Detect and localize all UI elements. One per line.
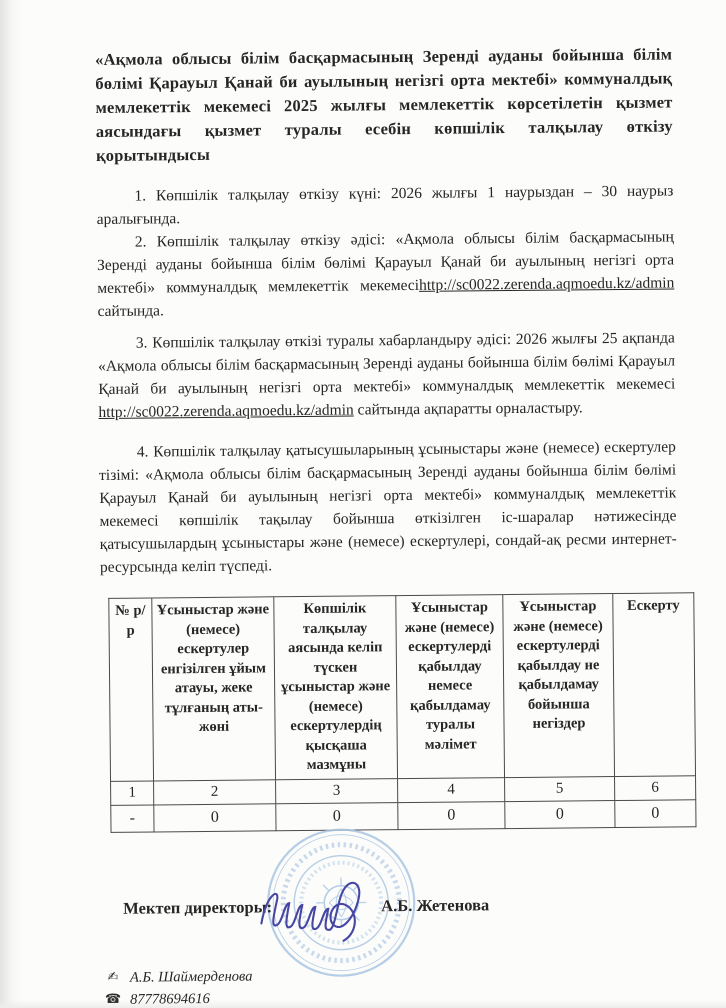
header-cell: Ұсыныстар және (немесе) ескертулерді қаб… [396,595,505,779]
paragraph-2-suffix: сайтында. [97,302,164,320]
paragraph-3-text: 3. Көпшілік талқылау өткізі туралы хабар… [98,329,675,398]
header-cell: № р/р [109,598,154,781]
numbering-cell: 1 [111,780,154,804]
handwritten-signature [253,860,379,953]
numbering-cell: 2 [154,779,276,804]
numbering-cell: 5 [505,776,615,801]
header-cell: Ескерту [613,593,696,776]
paragraph-4: 4. Көпшілік талқылау қатысушыларының ұсы… [99,435,677,579]
document-title: «Ақмола облысы білім басқармасының Зерен… [95,42,673,168]
phone-icon: ☎ [104,988,122,1008]
phone-number: 87778694616 [130,987,210,1008]
suggestions-table: № р/р Ұсыныстар және (немесе) ескертулер… [108,592,696,832]
paragraph-2-url: http://sc0022.zerenda.aqmoedu.kz/admin [419,274,674,293]
document-content: «Ақмола облысы білім басқармасының Зерен… [95,42,681,1008]
paragraph-3-url: http://sc0022.zerenda.aqmoedu.kz/admin [98,402,353,421]
paragraph-3-suffix: сайтында ақпаратты орналастыру. [354,399,583,418]
data-cell: - [111,804,154,831]
phone-row: ☎ 87778694616 [104,983,681,1008]
table-header-row: № р/р Ұсыныстар және (немесе) ескертулер… [109,593,696,781]
paragraph-2: 2. Көпшілік талқылау өткізу әдісі: «Ақмо… [97,225,675,323]
executor-name: А.Б. Шаймерденова [130,965,253,988]
data-cell: 0 [615,799,696,827]
numbering-cell: 6 [615,775,696,800]
pen-icon: ✍ [104,966,122,988]
numbering-cell: 3 [276,778,398,803]
paragraph-3: 3. Көпшілік талқылау өткізі туралы хабар… [98,326,676,424]
scanned-document-page: «Ақмола облысы білім басқармасының Зерен… [0,0,726,1008]
signature-label: Мектеп директоры: [123,897,272,918]
header-cell: Ұсыныстар және (немесе) ескертулерді қаб… [503,594,615,778]
header-cell: Ұсыныстар және (немесе) ескертулер енгіз… [152,597,276,781]
director-name: А.Б. Жетенова [381,895,489,916]
header-cell: Көпшілік талқылау аясында келіп түскен ұ… [274,596,398,780]
paragraph-1: 1. Көпшілік талқылау өткізу күні: 2026 ж… [96,179,673,231]
scan-shadow-left [0,0,22,1008]
numbering-cell: 4 [398,777,505,802]
data-cell: 0 [154,803,276,831]
signature-block: Мектеп директоры: А.Б. Жетенова [103,879,681,945]
data-cell: 0 [505,800,615,828]
